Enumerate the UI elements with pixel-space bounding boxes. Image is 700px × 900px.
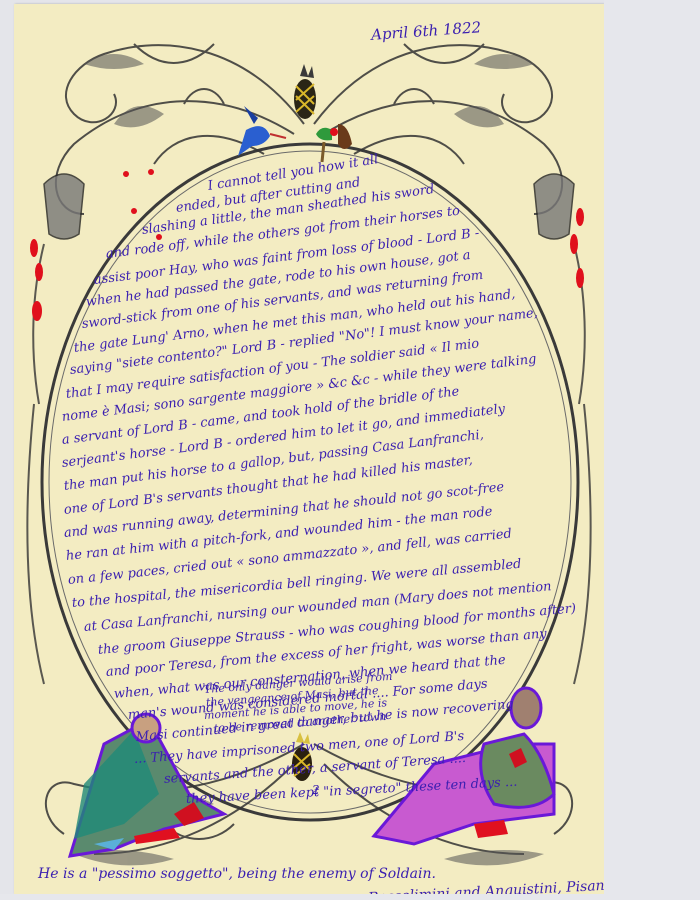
scanner-background-bottom <box>0 894 700 900</box>
letter-page: April 6th 1822 I cannot tell you how it … <box>14 4 604 894</box>
footer-note-left: He is a "pessimo soggetto", being the en… <box>38 866 436 882</box>
top-pineapple-ornament <box>294 64 316 119</box>
scanner-background <box>604 0 700 900</box>
page-number: 2 <box>312 783 320 797</box>
